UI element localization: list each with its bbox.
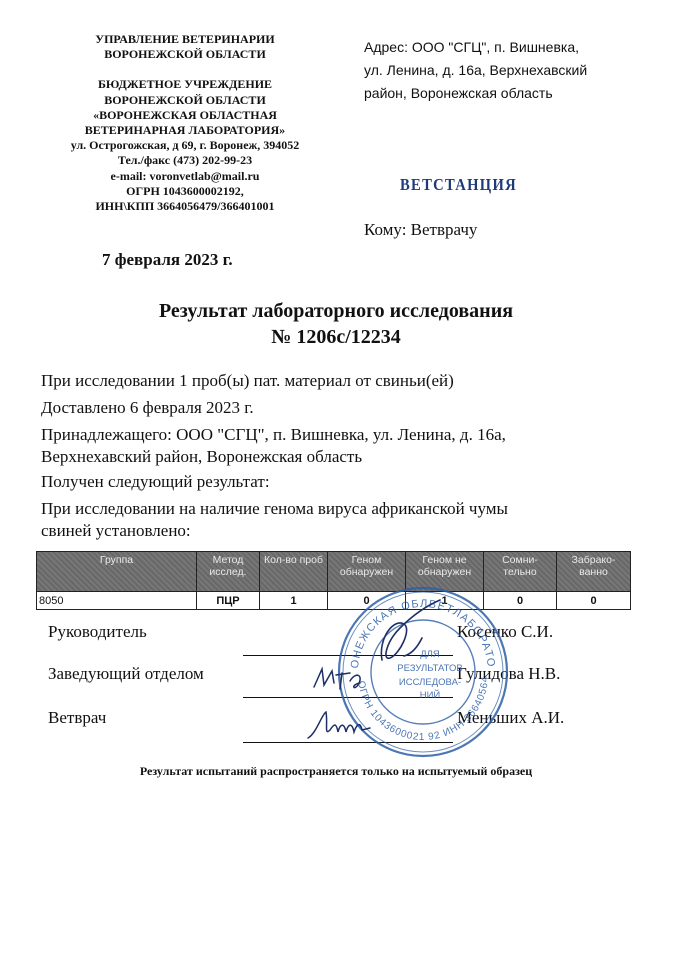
authority-line-1: УПРАВЛЕНИЕ ВЕТЕРИНАРИИ — [40, 32, 330, 47]
institution-line-4: ВЕТЕРИНАРНАЯ ЛАБОРАТОРИЯ» — [40, 123, 330, 138]
institution-line-2: ВОРОНЕЖСКОЙ ОБЛАСТИ — [40, 93, 330, 108]
column-header-method: Методисслед. — [197, 552, 260, 592]
column-header-sample-count: Кол-во проб — [260, 552, 328, 592]
recipient-address-line-2: ул. Ленина, д. 16а, Верхнехавский — [364, 59, 664, 82]
finding-line-1: При исследовании на наличие генома вирус… — [41, 498, 661, 520]
document-body: При исследовании 1 проб(ы) пат. материал… — [41, 370, 661, 542]
column-header-rejected: Забрако-ванно — [557, 552, 631, 592]
signature-role-department-head: Заведующий отделом — [48, 664, 204, 684]
document-date: 7 февраля 2023 г. — [102, 250, 233, 270]
title-number: № 1206с/12234 — [0, 324, 672, 350]
signature-department-head-icon — [310, 663, 370, 693]
cell-method: ПЦР — [197, 592, 260, 610]
recipient-line: Кому: Ветврачу — [364, 220, 477, 240]
signature-role-vet: Ветврач — [48, 708, 106, 728]
owner-line-1: Принадлежащего: ООО "СГЦ", п. Вишневка, … — [41, 424, 661, 446]
issuer-address: ул. Острогожская, д 69, г. Воронеж, 3940… — [40, 138, 330, 153]
results-table: Группа Методисслед. Кол-во проб Геномобн… — [36, 551, 631, 610]
column-header-group: Группа — [37, 552, 197, 592]
document-title: Результат лабораторного исследования № 1… — [0, 298, 672, 350]
table-header-row: Группа Методисслед. Кол-во проб Геномобн… — [37, 552, 631, 592]
recipient-address-line-3: район, Воронежская область — [364, 82, 664, 105]
institution-line-3: «ВОРОНЕЖСКАЯ ОБЛАСТНАЯ — [40, 108, 330, 123]
finding-line-2: свиней установлено: — [41, 520, 661, 542]
recipient-address-line-1: Адрес: ООО "СГЦ", п. Вишневка, — [364, 36, 664, 59]
title-line-1: Результат лабораторного исследования — [0, 298, 672, 324]
vet-station-stamp: ВЕТСТАНЦИЯ — [400, 175, 517, 195]
issuer-header: УПРАВЛЕНИЕ ВЕТЕРИНАРИИ ВОРОНЕЖСКОЙ ОБЛАС… — [40, 32, 330, 214]
recipient-address: Адрес: ООО "СГЦ", п. Вишневка, ул. Ленин… — [364, 36, 664, 105]
table-row: 8050 ПЦР 1 0 1 0 0 — [37, 592, 631, 610]
cell-rejected: 0 — [557, 592, 631, 610]
footer-note: Результат испытаний распространяется тол… — [0, 764, 672, 779]
svg-text:ИССЛЕДОВА-: ИССЛЕДОВА- — [399, 677, 461, 688]
issuer-phone: Тел./факс (473) 202-99-23 — [40, 153, 330, 168]
authority-line-2: ВОРОНЕЖСКОЙ ОБЛАСТИ — [40, 47, 330, 62]
signature-role-head: Руководитель — [48, 622, 147, 642]
signature-vet-icon — [306, 704, 376, 744]
samples-line: При исследовании 1 проб(ы) пат. материал… — [41, 370, 661, 392]
cell-sample-count: 1 — [260, 592, 328, 610]
result-intro: Получен следующий результат: — [41, 471, 661, 493]
issuer-email: e-mail: voronvetlab@mail.ru — [40, 169, 330, 184]
owner-line-2: Верхнехавский район, Воронежская область — [41, 446, 661, 468]
issuer-ogrn: ОГРН 1043600002192, — [40, 184, 330, 199]
issuer-inn-kpp: ИНН\КПП 3664056479/366401001 — [40, 199, 330, 214]
signature-head-icon — [360, 598, 450, 673]
delivered-line: Доставлено 6 февраля 2023 г. — [41, 397, 661, 419]
svg-text:НИЙ: НИЙ — [420, 689, 441, 701]
cell-group: 8050 — [37, 592, 197, 610]
institution-line-1: БЮДЖЕТНОЕ УЧРЕЖДЕНИЕ — [40, 77, 330, 92]
